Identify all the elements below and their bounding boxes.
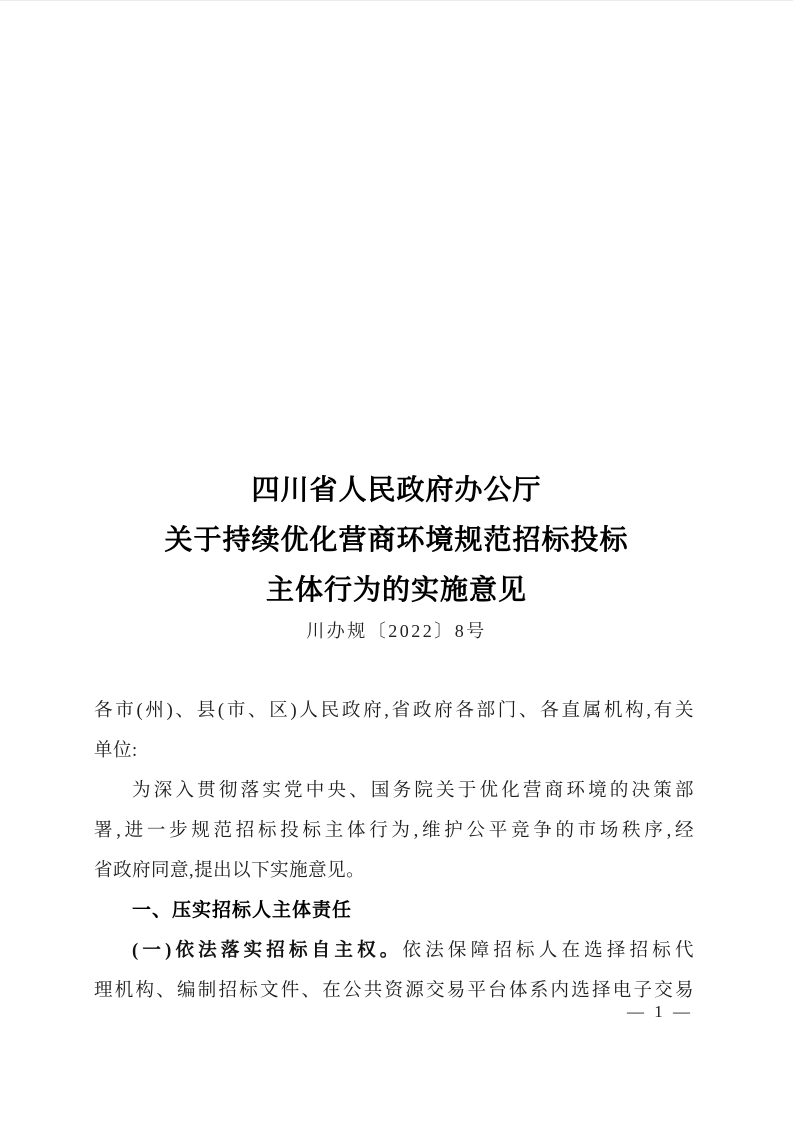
- paragraph-1-line-2: 署,进一步规范招标投标主体行为,维护公平竞争的市场秩序,经: [94, 811, 694, 851]
- document-number: 川办规〔2022〕8号: [0, 616, 793, 646]
- title-line-1: 四川省人民政府办公厅: [0, 466, 793, 516]
- item-1-line-1: (一)依法落实招标自主权。依法保障招标人在选择招标代: [94, 931, 694, 971]
- item-1-line-2: 理机构、编制招标文件、在公共资源交易平台体系内选择电子交易: [94, 971, 694, 1011]
- item-1-lead: (一)依法落实招标自主权。: [132, 941, 403, 961]
- salutation-line-1: 各市(州)、县(市、区)人民政府,省政府各部门、各直属机构,有关: [94, 691, 694, 731]
- document-body: 各市(州)、县(市、区)人民政府,省政府各部门、各直属机构,有关 单位: 为深入…: [94, 691, 694, 1011]
- document-page: 四川省人民政府办公厅 关于持续优化营商环境规范招标投标 主体行为的实施意见 川办…: [0, 0, 793, 1122]
- paragraph-1-line-3: 省政府同意,提出以下实施意见。: [94, 851, 694, 891]
- paragraph-1-line-1: 为深入贯彻落实党中央、国务院关于优化营商环境的决策部: [94, 771, 694, 811]
- document-title: 四川省人民政府办公厅 关于持续优化营商环境规范招标投标 主体行为的实施意见: [0, 466, 793, 616]
- title-line-2: 关于持续优化营商环境规范招标投标: [0, 516, 793, 566]
- salutation-line-2: 单位:: [94, 731, 694, 771]
- title-line-3: 主体行为的实施意见: [0, 566, 793, 616]
- section-1-heading: 一、压实招标人主体责任: [94, 891, 694, 931]
- page-number: — 1 —: [627, 997, 693, 1027]
- item-1-line-1-rest: 依法保障招标人在选择招标代: [403, 941, 694, 961]
